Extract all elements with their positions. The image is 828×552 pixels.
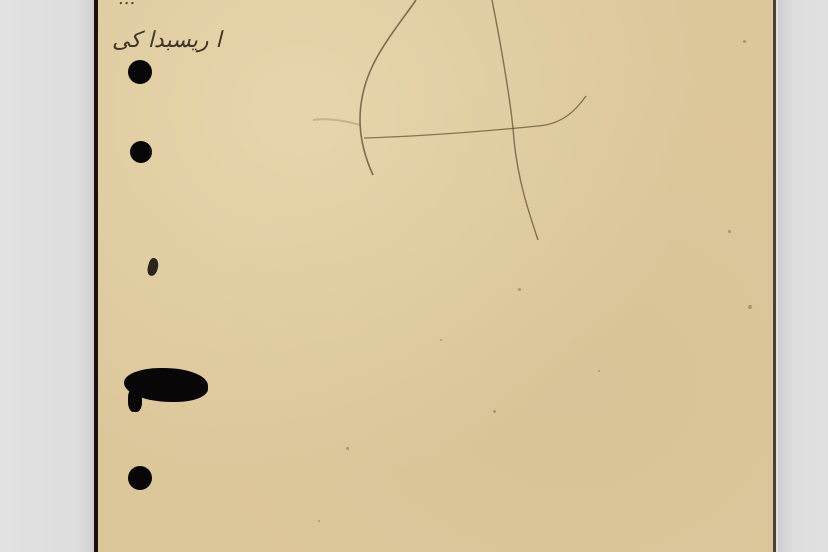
paper-speck [346, 447, 349, 450]
paper-speck [598, 370, 600, 372]
paper-speck [748, 305, 752, 309]
paper-speck [318, 520, 320, 522]
paper-speck [493, 410, 496, 413]
punch-hole [128, 466, 152, 490]
punch-hole [130, 141, 152, 163]
viewer-background-left [0, 0, 94, 552]
paper-speck [440, 339, 442, 341]
document-page: ... ا ريسبدا كى [94, 0, 776, 552]
paper-speck [743, 40, 746, 43]
punch-hole-smudge [128, 388, 142, 412]
paper-speck [728, 230, 731, 233]
pencil-sketch [98, 0, 776, 552]
viewer-background-right [778, 0, 828, 552]
punch-hole [128, 60, 152, 84]
paper-speck [518, 288, 521, 291]
